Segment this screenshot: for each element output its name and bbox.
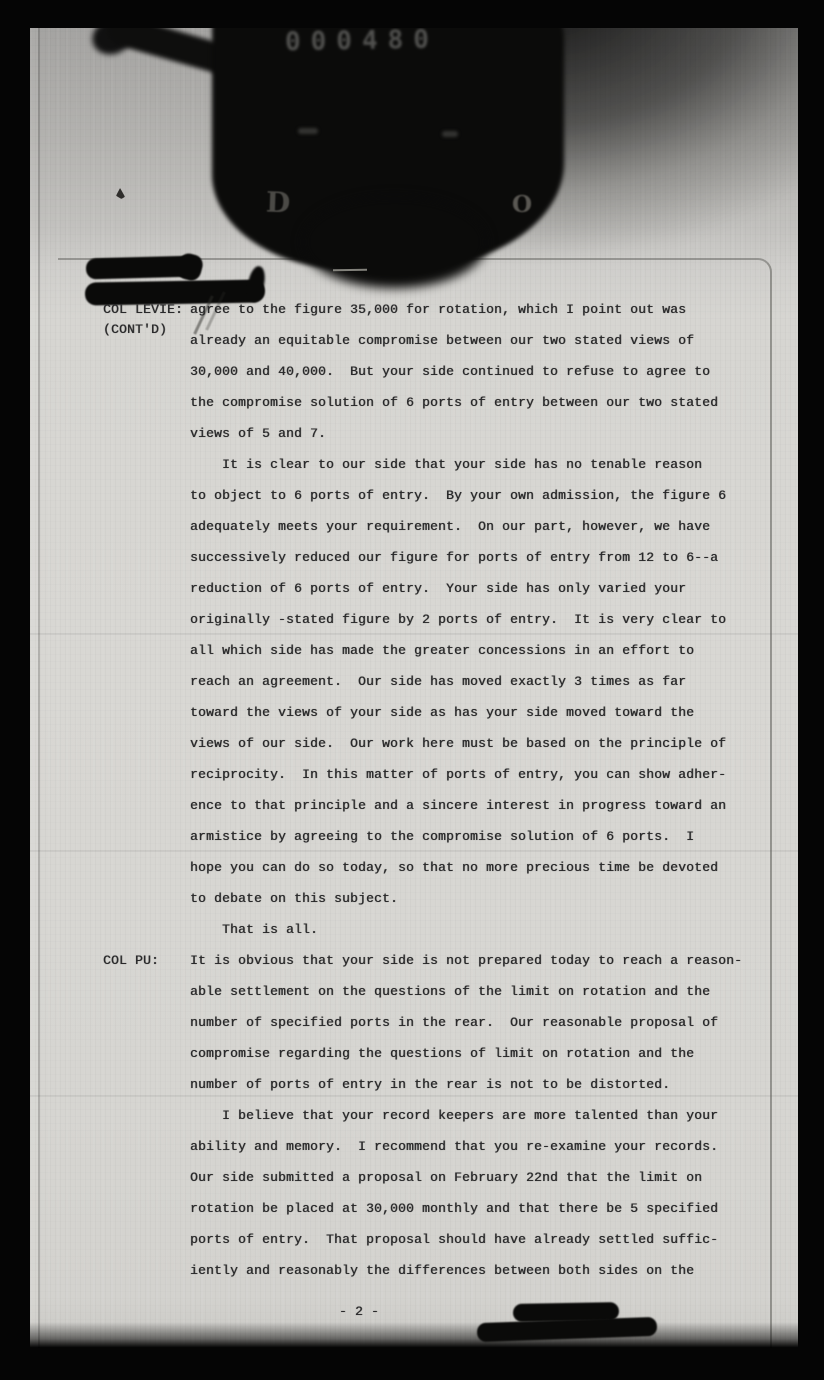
counter-body-bulge [302, 196, 487, 288]
typed-line: Our side submitted a proposal on Februar… [190, 1162, 742, 1193]
page-left-crease [38, 28, 40, 1348]
transcript-section-col-levie: agree to the figure 35,000 for rotation,… [190, 294, 726, 945]
typed-line: hope you can do so today, so that no mor… [190, 852, 726, 883]
photo-frame: 000480 D O COL LEVIE: (CONT'D) agree to … [0, 0, 824, 1380]
counter-glint [442, 131, 458, 137]
typed-line: reduction of 6 ports of entry. Your side… [190, 573, 726, 604]
typed-line: compromise regarding the questions of li… [190, 1038, 742, 1069]
typed-line: to debate on this subject. [190, 883, 726, 914]
typed-line: already an equitable compromise between … [190, 325, 726, 356]
typed-line: It is clear to our side that your side h… [190, 449, 726, 480]
speaker-label-col-levie: COL LEVIE: [103, 300, 183, 320]
typed-line: That is all. [190, 914, 726, 945]
page-left-edge [30, 28, 38, 1348]
ink-speck-mark [116, 188, 125, 199]
faint-letter-o-mark: O [512, 191, 532, 218]
typed-line: reciprocity. In this matter of ports of … [190, 759, 726, 790]
typed-line: armistice by agreeing to the compromise … [190, 821, 726, 852]
typed-line: views of our side. Our work here must be… [190, 728, 726, 759]
typed-line: reach an agreement. Our side has moved e… [190, 666, 726, 697]
transcript-section-col-pu: It is obvious that your side is not prep… [190, 945, 742, 1286]
typed-line: adequately meets your requirement. On ou… [190, 511, 726, 542]
typed-line: able settlement on the questions of the … [190, 976, 742, 1007]
faint-letter-d-mark: D [265, 186, 290, 220]
typed-line: iently and reasonably the differences be… [190, 1255, 742, 1286]
page-number: - 2 - [339, 1302, 379, 1322]
typed-line: I believe that your record keepers are m… [190, 1100, 742, 1131]
typed-line: It is obvious that your side is not prep… [190, 945, 742, 976]
typed-line: 30,000 and 40,000. But your side continu… [190, 356, 726, 387]
typed-line: ports of entry. That proposal should hav… [190, 1224, 742, 1255]
typed-line: number of ports of entry in the rear is … [190, 1069, 742, 1100]
typed-line: ence to that principle and a sincere int… [190, 790, 726, 821]
typed-line: number of specified ports in the rear. O… [190, 1007, 742, 1038]
typed-line: all which side has made the greater conc… [190, 635, 726, 666]
typed-line: rotation be placed at 30,000 monthly and… [190, 1193, 742, 1224]
typed-line: ability and memory. I recommend that you… [190, 1131, 742, 1162]
typed-line: the compromise solution of 6 ports of en… [190, 387, 726, 418]
typed-line: to object to 6 ports of entry. By your o… [190, 480, 726, 511]
counter-digits: 000480 [285, 28, 439, 57]
speaker-label-contd: (CONT'D) [103, 320, 167, 340]
typed-line: successively reduced our figure for port… [190, 542, 726, 573]
typed-line: agree to the figure 35,000 for rotation,… [190, 294, 726, 325]
typed-line: originally -stated figure by 2 ports of … [190, 604, 726, 635]
photo-bottom-shadow [30, 1322, 798, 1348]
typed-line: toward the views of your side as has you… [190, 697, 726, 728]
speaker-label-col-pu: COL PU: [103, 951, 159, 971]
counter-glint [298, 128, 318, 134]
scanned-page: 000480 D O COL LEVIE: (CONT'D) agree to … [30, 28, 798, 1348]
typed-line: views of 5 and 7. [190, 418, 726, 449]
